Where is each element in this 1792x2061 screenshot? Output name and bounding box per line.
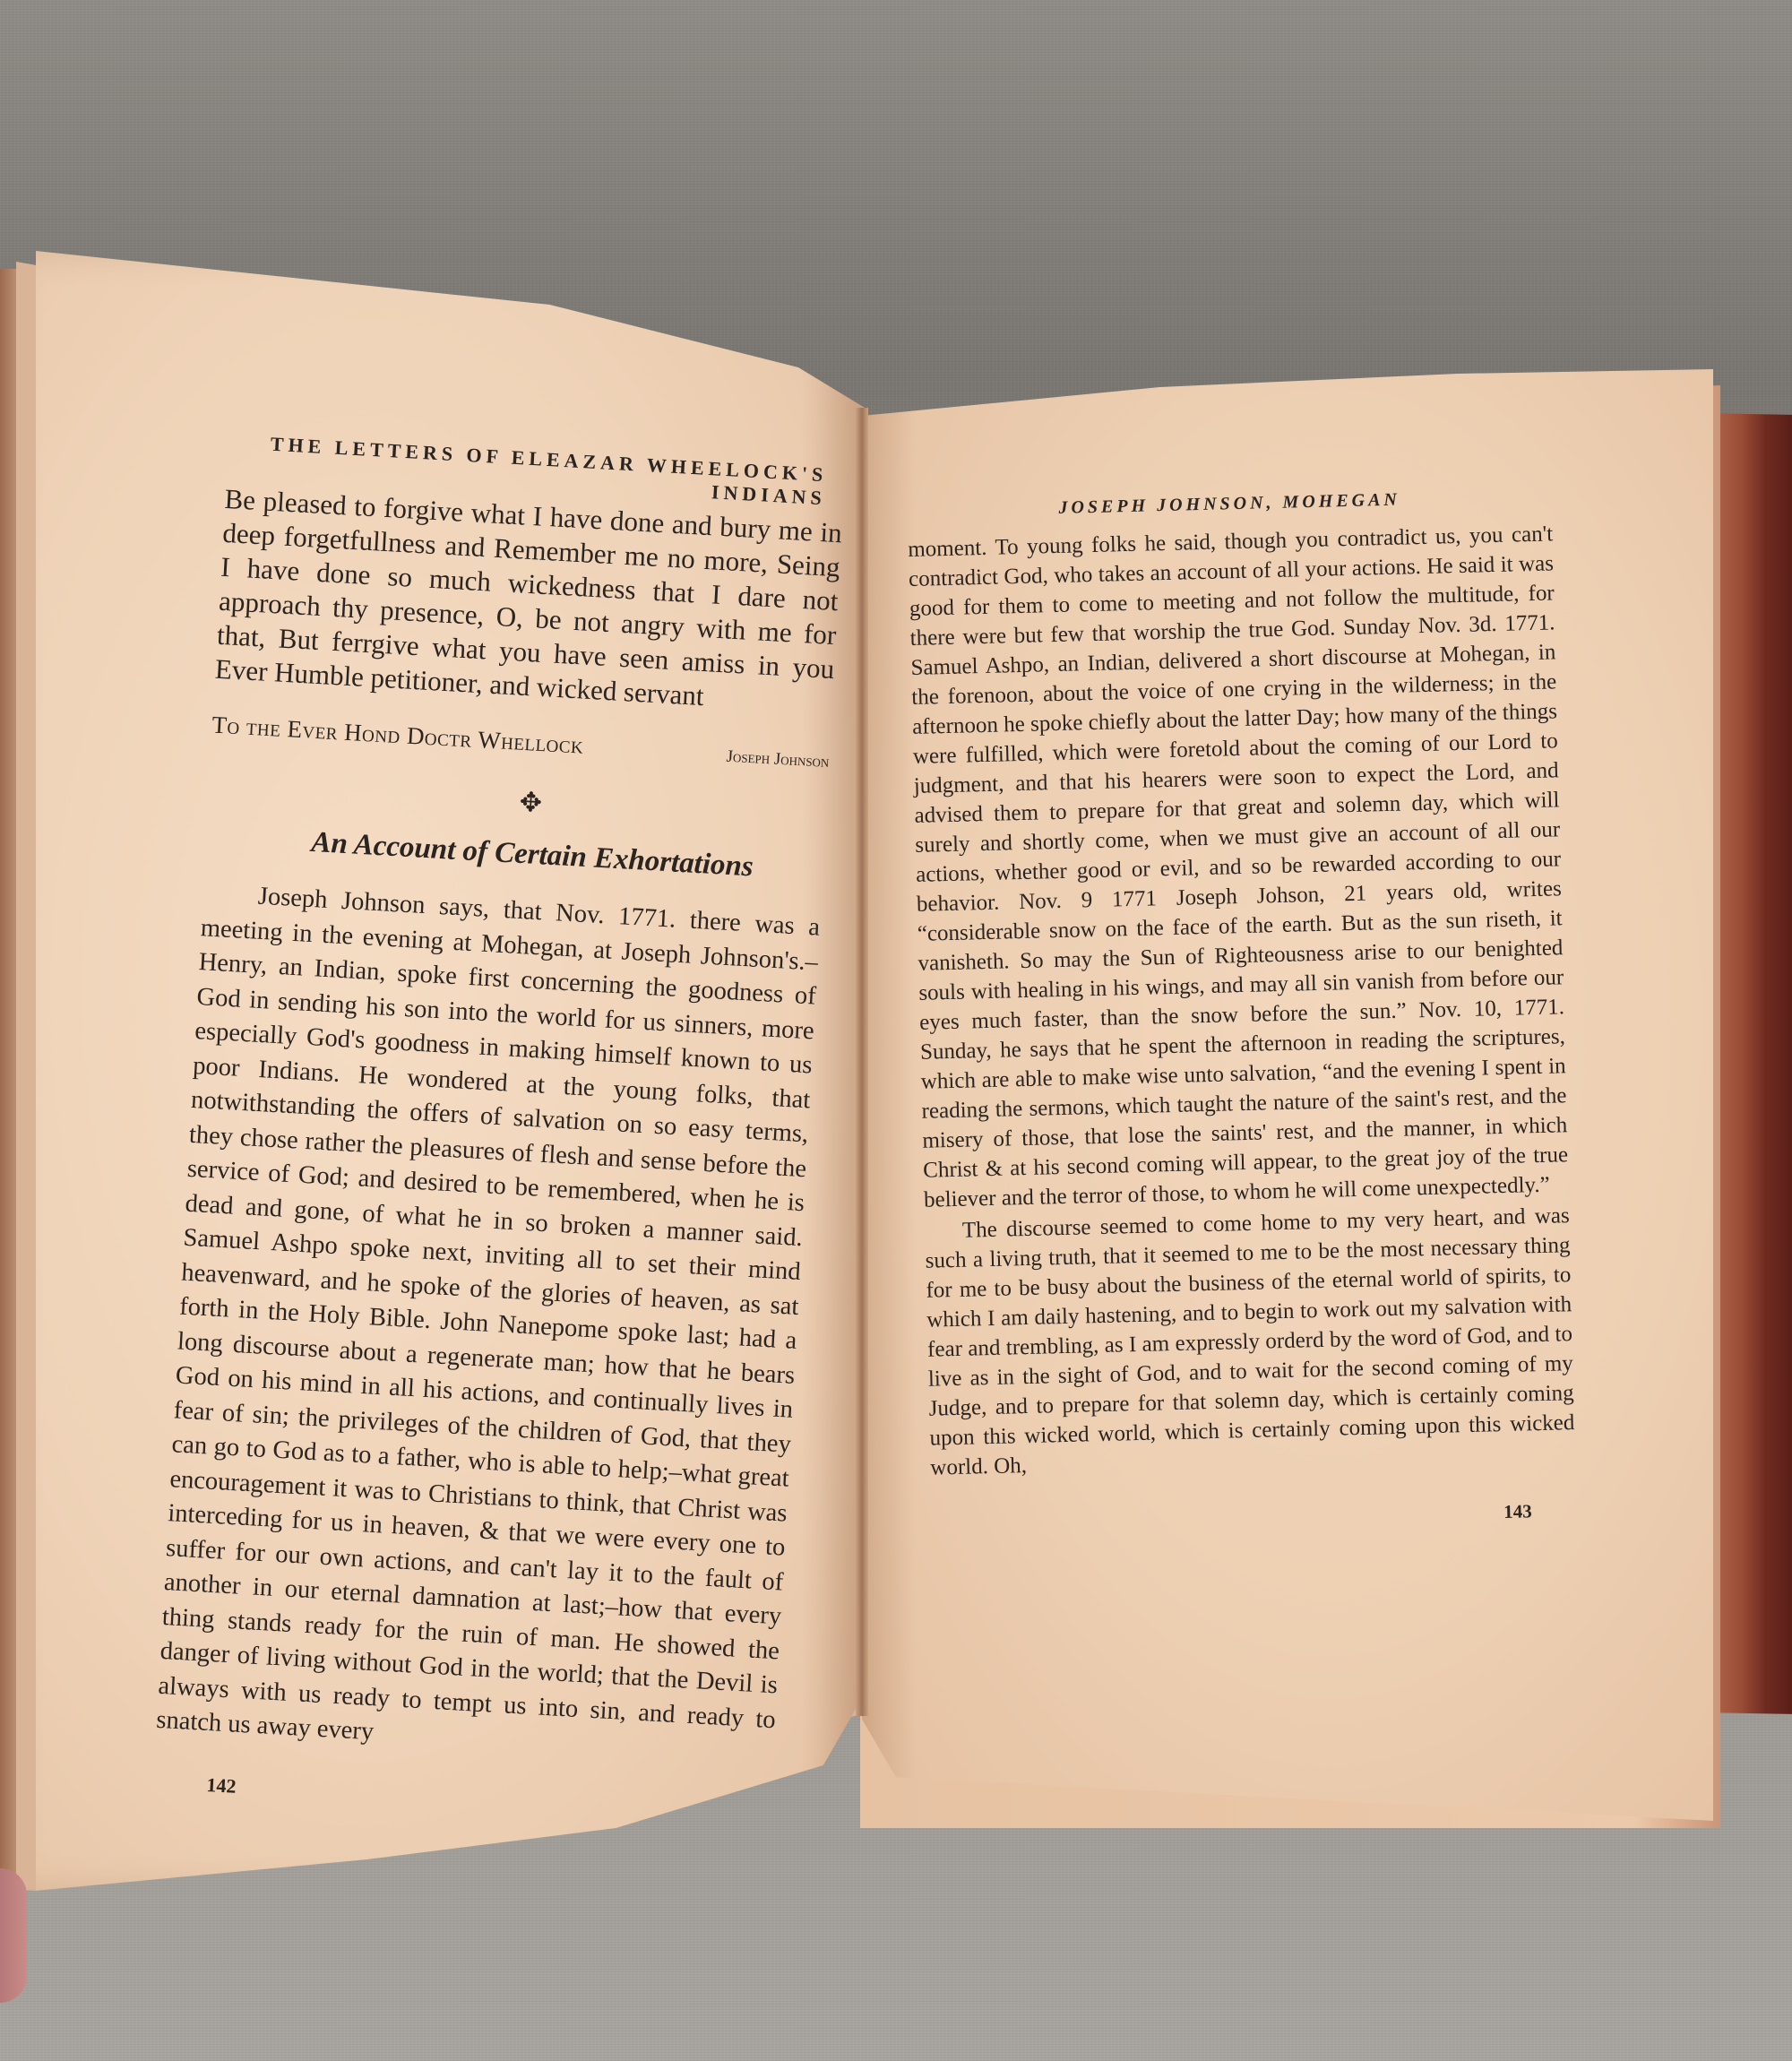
- letter-closing: Be pleased to forgive what I have done a…: [214, 482, 843, 720]
- addressee: To the Ever Hond Doctr Whellock: [211, 711, 584, 760]
- body-paragraph: moment. To young folks he said, though y…: [908, 519, 1569, 1214]
- section-title: An Account of Certain Exhortations: [241, 823, 824, 888]
- right-page-text: Joseph Johnson, Mohegan moment. To young…: [907, 486, 1577, 1537]
- book-gutter: [856, 408, 868, 1716]
- signature: Joseph Johnson: [726, 747, 830, 772]
- body-paragraph: The discourse seemed to come home to my …: [924, 1201, 1575, 1483]
- body-paragraph: Joseph Johnson says, that Nov. 1771. the…: [155, 876, 821, 1772]
- thumb: [0, 1868, 27, 2003]
- salutation-row: To the Ever Hond Doctr Whellock Joseph J…: [211, 711, 831, 773]
- left-page-text: The Letters of Eleazar Wheelock's Indian…: [152, 430, 846, 1828]
